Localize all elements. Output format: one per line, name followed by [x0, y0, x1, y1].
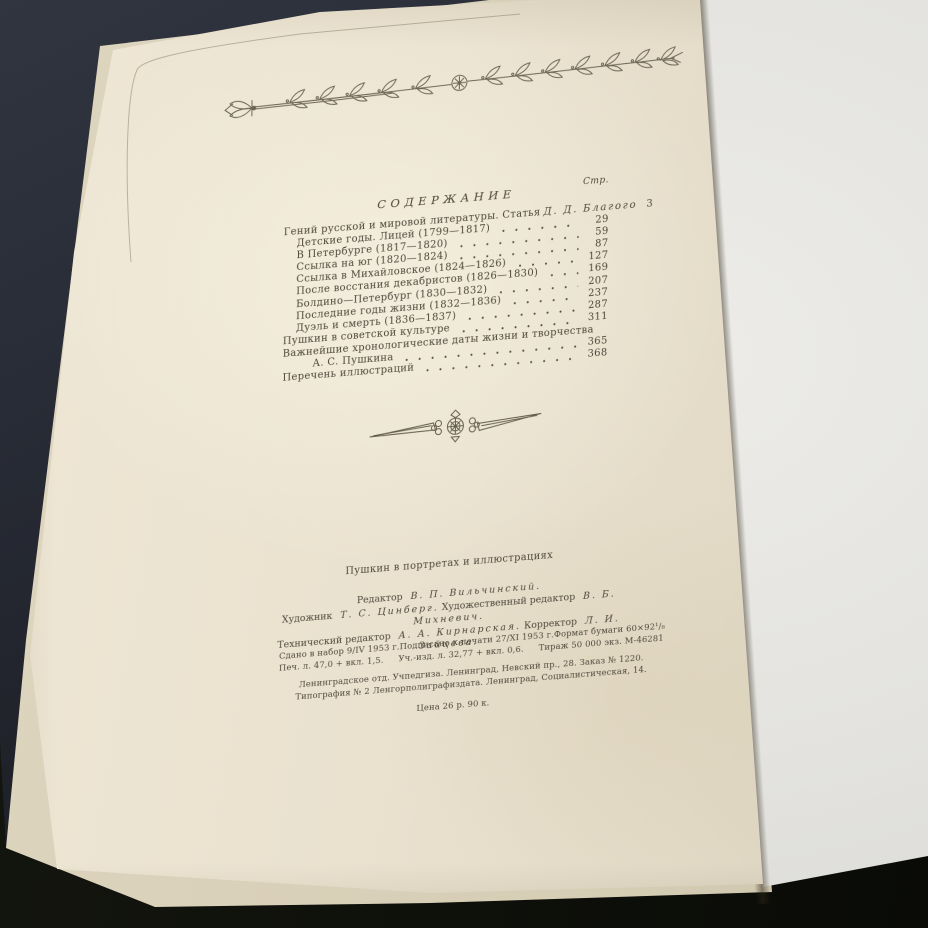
table-of-contents: Гений русской и мировой литературы. Стат… — [282, 202, 608, 385]
toc-entry-page: 368 — [582, 347, 608, 361]
contents-heading: СОДЕРЖАНИЕ — [377, 187, 515, 212]
garland-ornament-icon — [224, 44, 683, 130]
role-label: Редактор — [357, 592, 403, 607]
page-content: СОДЕРЖАНИЕ Стр. Гений русской и мировой … — [142, 0, 748, 897]
toc-entry-page: 3 — [646, 198, 653, 211]
divider-ornament-icon — [368, 402, 544, 452]
page-column-label: Стр. — [583, 175, 609, 187]
book-photo: СОДЕРЖАНИЕ Стр. Гений русской и мировой … — [0, 0, 928, 928]
toc-entry-page: 311 — [582, 311, 608, 325]
